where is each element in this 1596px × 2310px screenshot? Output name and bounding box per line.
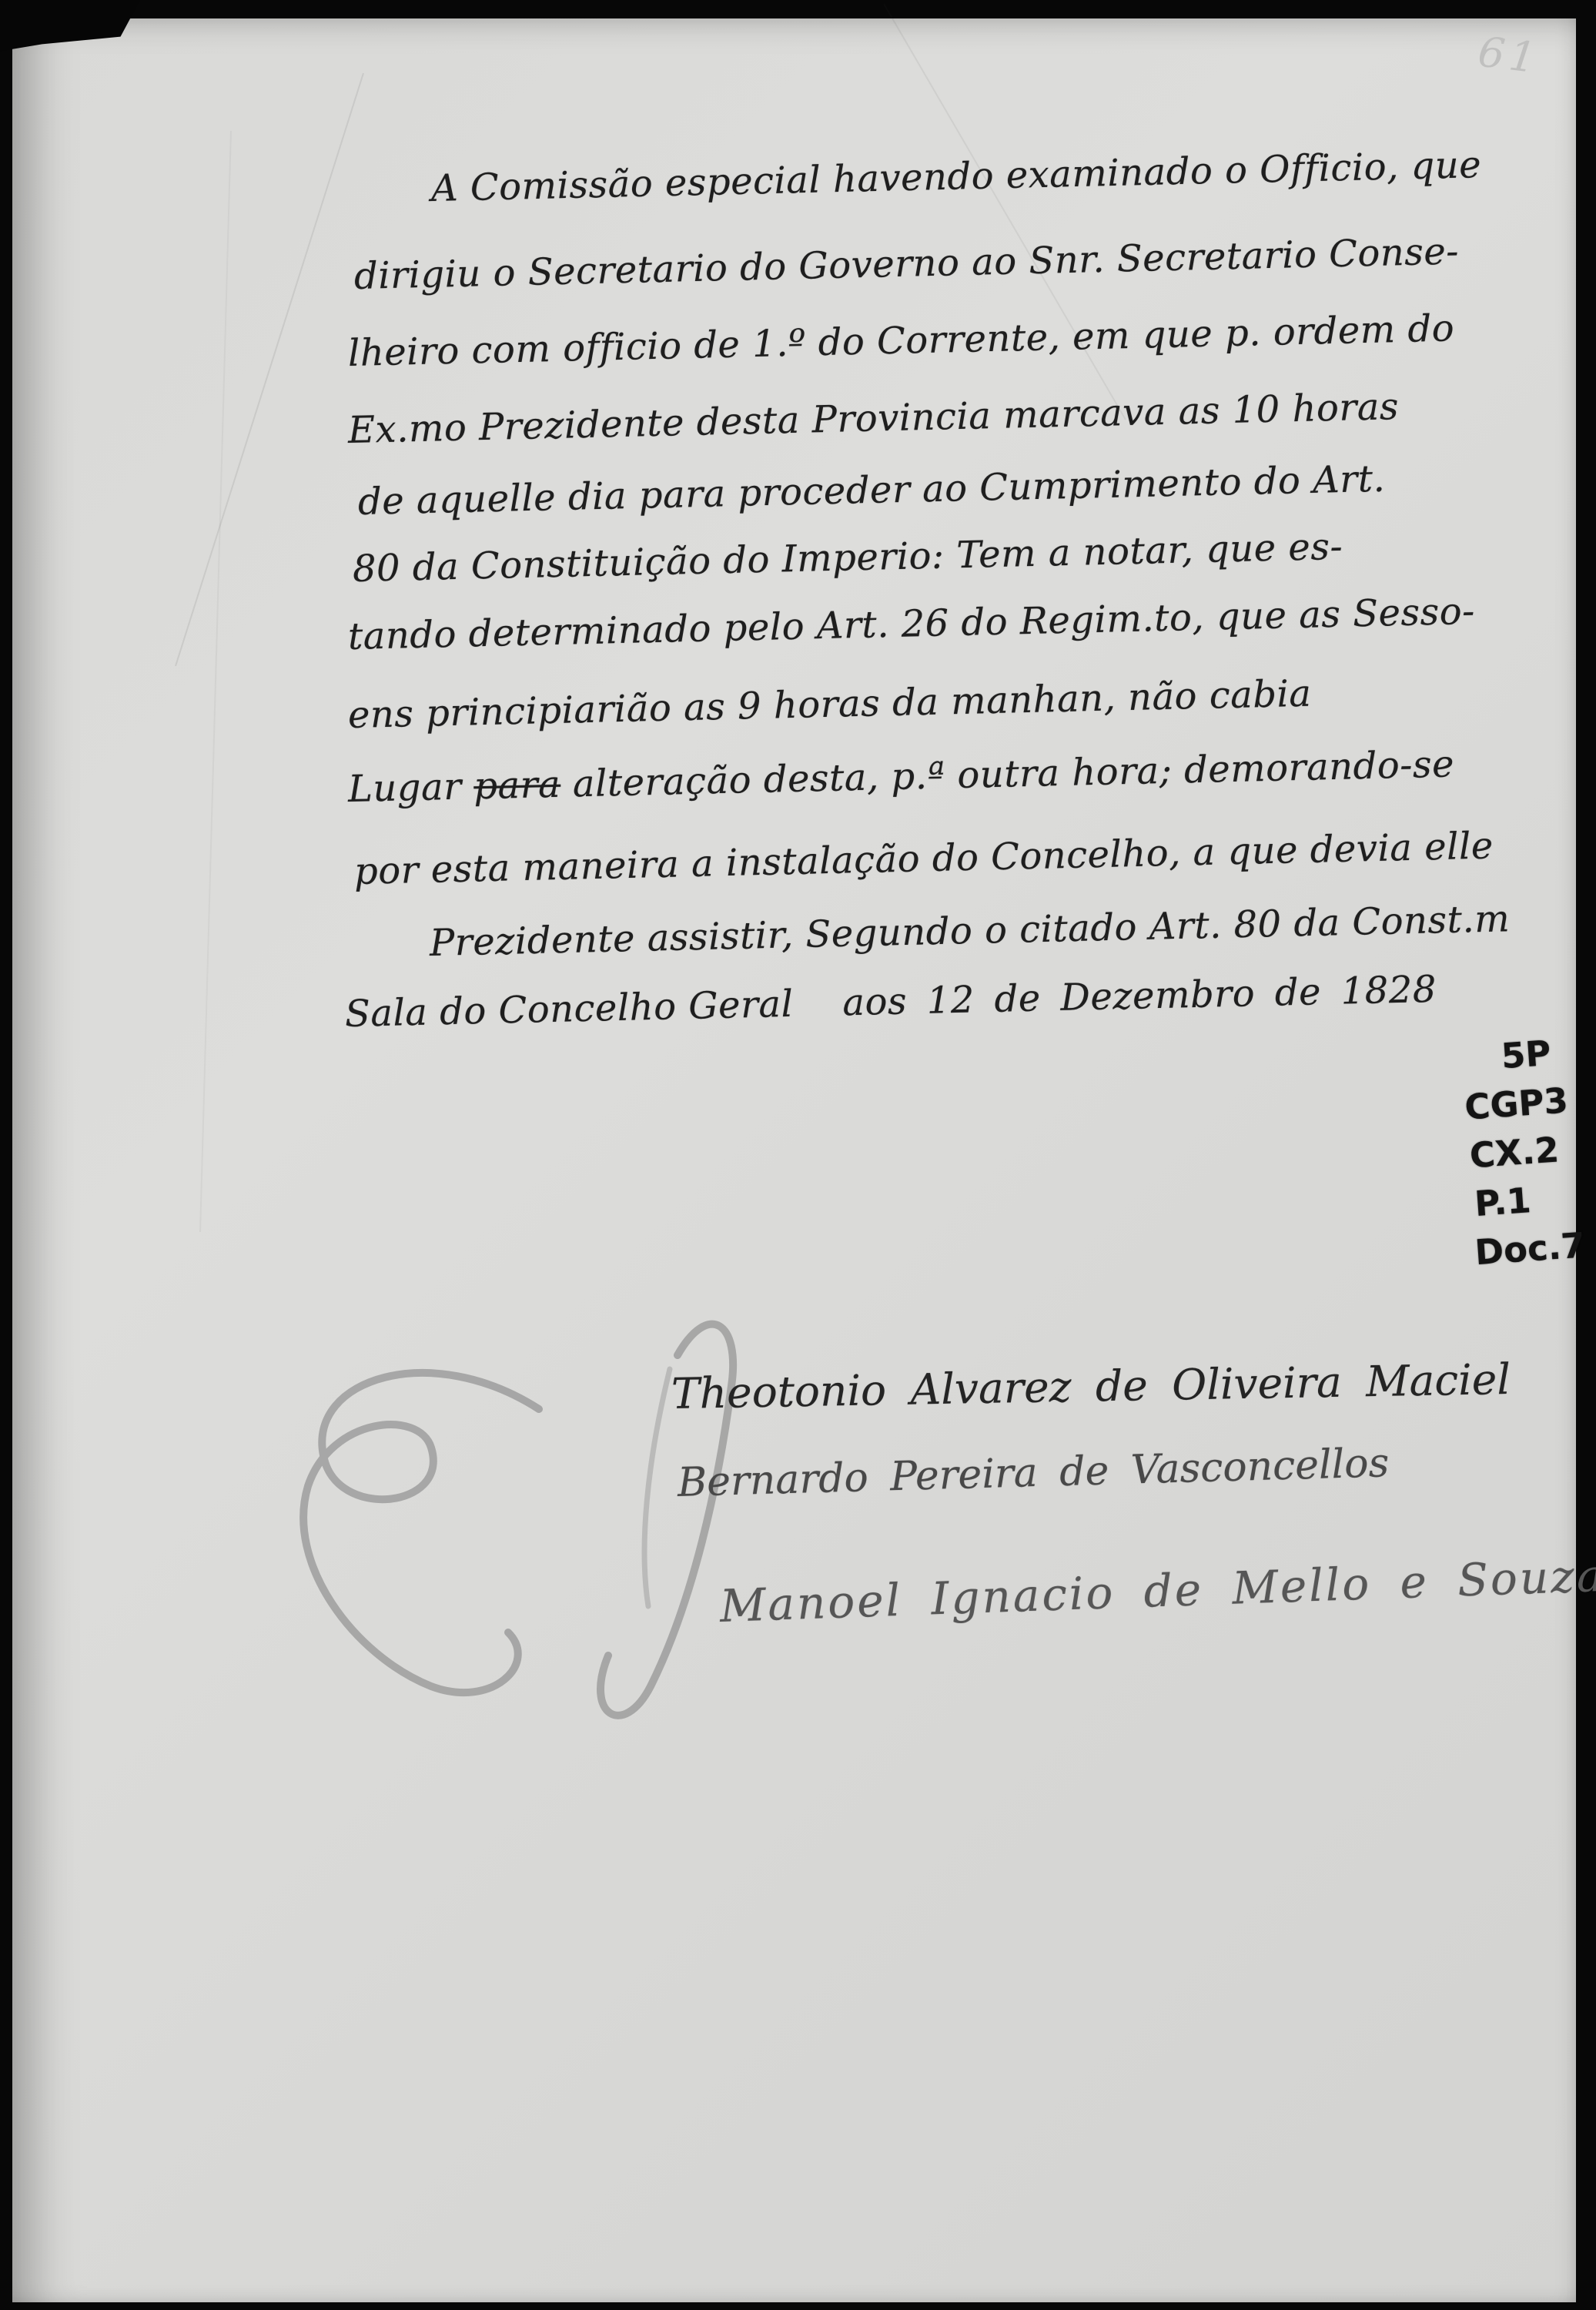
folio-number: 61 [1475, 27, 1543, 82]
line-9-pre: Lugar [347, 765, 474, 811]
archival-mark: P.1 [1473, 1173, 1583, 1229]
archival-marks: 5P CGP3 CX.2 P.1 Doc.7 [1460, 1027, 1587, 1277]
archival-mark: CX.2 [1468, 1124, 1580, 1180]
scanned-manuscript: { "page": { "folio_pencil_number": "61",… [0, 0, 1596, 2310]
archival-mark: 5P [1500, 1027, 1574, 1080]
archival-mark: Doc.7 [1474, 1220, 1587, 1277]
line-9-struck-word: para [473, 763, 561, 808]
archival-mark: CGP3 [1463, 1076, 1576, 1132]
